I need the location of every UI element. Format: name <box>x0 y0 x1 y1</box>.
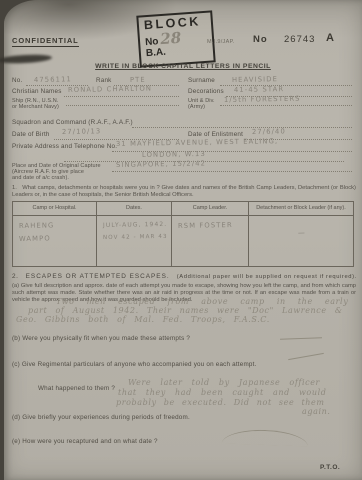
field-ship-label-2: or Merchant Navy) <box>12 104 59 110</box>
camp-row1-leader: RSM FOSTER <box>178 220 244 229</box>
stamp-no-handwritten-value: 28 <box>160 29 182 48</box>
question-2-number: 2. <box>12 273 19 280</box>
field-capture-line <box>112 170 352 172</box>
pto-marker: P.T.O. <box>320 464 340 471</box>
field-rank-label: Rank <box>96 77 112 84</box>
answer-2a-line3: Geo. Gibbins both of Mal. Fed. Troops, F… <box>16 315 270 324</box>
field-dob-value: 27/10/13 <box>62 127 101 136</box>
field-decorations-label: Decorations <box>188 88 224 95</box>
question-1: 1. What camps, detachments or hospitals … <box>12 185 356 199</box>
field-unit-label-2: (Army) <box>188 104 205 110</box>
question-2b: (b) Were you physically fit when you mad… <box>12 335 190 342</box>
camp-table-header-camp: Camp or Hospital. <box>13 202 96 216</box>
answer-2a-line1: Two men escaped from above camp in the e… <box>56 297 348 306</box>
field-squadron-label: Squadron and Command (R.A.F., A.A.F.) <box>12 119 133 126</box>
camp-table: Camp or Hospital. Dates. Camp Leader. De… <box>12 201 354 267</box>
what-happened-label: What happened to them ? <box>38 385 115 392</box>
question-1-text: What camps, detachments or hospitals wer… <box>12 185 356 198</box>
answer-2c-dash <box>288 353 324 360</box>
series-letter: A <box>326 32 335 44</box>
camp-row1-name: RAHENG <box>19 220 92 229</box>
document-paper: CONFIDENTIAL BLOCK No28 B.A. M.I.9/JAP. … <box>4 0 362 480</box>
answer-2a-line2: part of August 1942. Their names were "D… <box>28 306 343 315</box>
field-rank-value: PTE <box>130 76 146 84</box>
field-dob-label: Date of Birth <box>12 131 50 138</box>
field-christian-value: RONALD CHARLTON <box>68 85 152 94</box>
camp-table-header-detachment: Detachment or Block Leader (if any). <box>248 202 353 216</box>
camp-row1-dates: JULY-AUG, 1942. <box>103 220 167 228</box>
field-enlist-value: 27/6/40 <box>252 127 286 136</box>
question-2-heading: 2. ESCAPES OR ATTEMPTED ESCAPES. (Additi… <box>12 273 357 280</box>
field-unit-value: 1/5th FORESTERS <box>224 95 301 104</box>
field-surname-value: HEAVISIDE <box>232 75 278 84</box>
camp-row2-dates: NOV 42 - MAR 43 <box>103 233 167 240</box>
camp-table-cell-camp: RAHENG WAMPO <box>13 216 96 266</box>
field-no-label: No. <box>12 77 22 84</box>
camp-table-header-leader: Camp Leader. <box>171 202 248 216</box>
field-surname-label: Surname <box>188 77 215 84</box>
what-happened-line4: again. <box>302 407 331 416</box>
question-2d: (d) Give briefly your experiences during… <box>12 414 190 421</box>
confidential-marking: CONFIDENTIAL <box>12 36 79 47</box>
field-capture-value: SINGAPORE, 15/2/42 <box>116 159 206 169</box>
field-decorations-value: 41-45 STAR <box>234 85 284 94</box>
field-ship-line <box>66 104 179 106</box>
question-2-title: ESCAPES OR ATTEMPTED ESCAPES. <box>26 273 170 280</box>
mi9-reference: M.I.9/JAP. <box>207 39 235 45</box>
field-christian-label: Christian Names <box>12 88 62 95</box>
camp-row1-detachment: — <box>298 228 306 236</box>
field-capture-label-3: and date of a/c crash). <box>12 175 69 181</box>
question-2c: (c) Give Regimental particulars of anyon… <box>12 361 257 368</box>
answer-2b-dash <box>280 337 322 339</box>
field-christian-line <box>64 95 179 97</box>
field-address-label: Private Address and Telephone No. <box>12 143 117 150</box>
what-happened-line2: that they had been caught and would <box>118 388 326 397</box>
what-happened-line3: probably be executed. Did not see them <box>116 398 325 407</box>
camp-table-cell-detachment: — <box>248 216 353 266</box>
field-squadron-line <box>132 126 352 128</box>
camp-table-header-dates: Dates. <box>96 202 171 216</box>
camp-row2-name: WAMPO <box>19 233 92 242</box>
camp-table-cell-dates: JULY-AUG, 1942. NOV 42 - MAR 43 <box>96 216 171 266</box>
block-number-stamp: BLOCK No28 B.A. <box>136 10 215 67</box>
form-instruction: WRITE IN BLOCK CAPITAL LETTERS IN PENCIL <box>4 63 362 70</box>
field-address-value-1: 31 MAYFIELD AVENUE, WEST EALING, <box>116 137 278 148</box>
what-happened-line1: Were later told by Japanese officer <box>128 378 320 387</box>
field-no-value: 4756111 <box>34 75 72 84</box>
serial-number: 26743 <box>284 34 315 45</box>
question-2-note: (Additional paper will be supplied on re… <box>177 274 357 280</box>
field-address-value-2: LONDON, W.13 <box>142 150 206 159</box>
field-unit-line <box>220 104 352 106</box>
serial-no-label: No <box>253 34 268 45</box>
camp-table-cell-leader: RSM FOSTER <box>171 216 248 266</box>
question-2e: (e) How were you recaptured and on what … <box>12 438 158 445</box>
answer-2e-pencil-mark <box>222 429 308 447</box>
question-1-number: 1. <box>12 185 17 191</box>
